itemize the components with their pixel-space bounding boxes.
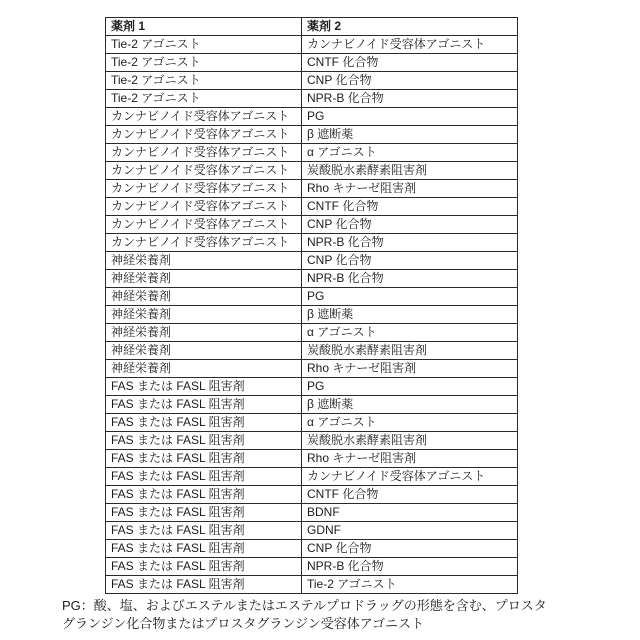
drug1-cell: 神経栄養剤: [106, 270, 302, 288]
table-row: カンナビノイド受容体アゴニスト NPR-B 化合物: [106, 234, 518, 252]
drug2-cell: NPR-B 化合物: [302, 90, 518, 108]
drug2-cell: CNP 化合物: [302, 252, 518, 270]
drug2-cell: Rho キナーゼ阻害剤: [302, 180, 518, 198]
table-row: FAS または FASL 阻害剤 α アゴニスト: [106, 414, 518, 432]
drug1-cell: カンナビノイド受容体アゴニスト: [106, 108, 302, 126]
drug2-cell: NPR-B 化合物: [302, 558, 518, 576]
table-row: 神経栄養剤 α アゴニスト: [106, 324, 518, 342]
table-row: カンナビノイド受容体アゴニスト Rho キナーゼ阻害剤: [106, 180, 518, 198]
drug1-cell: カンナビノイド受容体アゴニスト: [106, 144, 302, 162]
table-row: Tie-2 アゴニスト カンナビノイド受容体アゴニスト: [106, 36, 518, 54]
drug2-cell: CNTF 化合物: [302, 54, 518, 72]
drug1-cell: FAS または FASL 阻害剤: [106, 504, 302, 522]
drug1-cell: 神経栄養剤: [106, 288, 302, 306]
drug2-cell: CNTF 化合物: [302, 486, 518, 504]
table-row: 神経栄養剤 PG: [106, 288, 518, 306]
drug2-cell: カンナビノイド受容体アゴニスト: [302, 36, 518, 54]
drug1-cell: カンナビノイド受容体アゴニスト: [106, 234, 302, 252]
drug2-cell: BDNF: [302, 504, 518, 522]
document-page: 薬剤 1 薬剤 2 Tie-2 アゴニスト カンナビノイド受容体アゴニスト Ti…: [0, 0, 640, 640]
table-row: FAS または FASL 阻害剤 Tie-2 アゴニスト: [106, 576, 518, 594]
drug-combination-table-container: 薬剤 1 薬剤 2 Tie-2 アゴニスト カンナビノイド受容体アゴニスト Ti…: [105, 17, 518, 594]
drug2-cell: CNP 化合物: [302, 216, 518, 234]
drug2-cell: β 遮断薬: [302, 126, 518, 144]
drug2-cell: CNP 化合物: [302, 72, 518, 90]
table-header: 薬剤 1 薬剤 2: [106, 18, 518, 36]
drug2-cell: α アゴニスト: [302, 324, 518, 342]
drug1-cell: 神経栄養剤: [106, 306, 302, 324]
drug2-cell: PG: [302, 288, 518, 306]
drug2-cell: α アゴニスト: [302, 414, 518, 432]
drug1-cell: FAS または FASL 阻害剤: [106, 396, 302, 414]
table-body: Tie-2 アゴニスト カンナビノイド受容体アゴニスト Tie-2 アゴニスト …: [106, 36, 518, 594]
drug1-cell: Tie-2 アゴニスト: [106, 36, 302, 54]
footnote-line-2: グランジン化合物またはプロスタグランジン受容体アゴニスト: [62, 615, 592, 633]
footnote-line-1: PG：酸、塩、およびエステルまたはエステルプロドラッグの形態を含む、プロスタ: [62, 597, 592, 615]
drug2-cell: 炭酸脱水素酵素阻害剤: [302, 432, 518, 450]
table-row: FAS または FASL 阻害剤 CNP 化合物: [106, 540, 518, 558]
table-row: カンナビノイド受容体アゴニスト β 遮断薬: [106, 126, 518, 144]
table-row: FAS または FASL 阻害剤 BDNF: [106, 504, 518, 522]
table-row: FAS または FASL 阻害剤 炭酸脱水素酵素阻害剤: [106, 432, 518, 450]
drug1-cell: FAS または FASL 阻害剤: [106, 414, 302, 432]
drug2-cell: Rho キナーゼ阻害剤: [302, 360, 518, 378]
drug1-cell: FAS または FASL 阻害剤: [106, 450, 302, 468]
table-row: 神経栄養剤 CNP 化合物: [106, 252, 518, 270]
drug2-cell: Tie-2 アゴニスト: [302, 576, 518, 594]
footnote: PG：酸、塩、およびエステルまたはエステルプロドラッグの形態を含む、プロスタ グ…: [62, 597, 592, 633]
drug1-cell: カンナビノイド受容体アゴニスト: [106, 126, 302, 144]
table-row: FAS または FASL 阻害剤 PG: [106, 378, 518, 396]
drug2-cell: NPR-B 化合物: [302, 234, 518, 252]
drug1-cell: FAS または FASL 阻害剤: [106, 540, 302, 558]
drug1-cell: 神経栄養剤: [106, 324, 302, 342]
drug2-cell: CNP 化合物: [302, 540, 518, 558]
drug2-cell: β 遮断薬: [302, 306, 518, 324]
drug2-cell: GDNF: [302, 522, 518, 540]
drug1-cell: Tie-2 アゴニスト: [106, 72, 302, 90]
drug1-cell: Tie-2 アゴニスト: [106, 54, 302, 72]
table-row: カンナビノイド受容体アゴニスト CNP 化合物: [106, 216, 518, 234]
drug2-cell: NPR-B 化合物: [302, 270, 518, 288]
table-row: Tie-2 アゴニスト CNTF 化合物: [106, 54, 518, 72]
table-row: FAS または FASL 阻害剤 β 遮断薬: [106, 396, 518, 414]
drug1-cell: FAS または FASL 阻害剤: [106, 558, 302, 576]
drug2-cell: α アゴニスト: [302, 144, 518, 162]
table-row: FAS または FASL 阻害剤 Rho キナーゼ阻害剤: [106, 450, 518, 468]
table-row: FAS または FASL 阻害剤 GDNF: [106, 522, 518, 540]
table-row: 神経栄養剤 NPR-B 化合物: [106, 270, 518, 288]
table-row: 神経栄養剤 炭酸脱水素酵素阻害剤: [106, 342, 518, 360]
drug1-cell: 神経栄養剤: [106, 252, 302, 270]
table-row: カンナビノイド受容体アゴニスト CNTF 化合物: [106, 198, 518, 216]
drug1-cell: カンナビノイド受容体アゴニスト: [106, 180, 302, 198]
drug2-cell: カンナビノイド受容体アゴニスト: [302, 468, 518, 486]
drug2-cell: PG: [302, 108, 518, 126]
table-row: FAS または FASL 阻害剤 カンナビノイド受容体アゴニスト: [106, 468, 518, 486]
drug1-cell: FAS または FASL 阻害剤: [106, 468, 302, 486]
table-row: カンナビノイド受容体アゴニスト 炭酸脱水素酵素阻害剤: [106, 162, 518, 180]
drug1-cell: 神経栄養剤: [106, 342, 302, 360]
table-row: Tie-2 アゴニスト NPR-B 化合物: [106, 90, 518, 108]
drug1-cell: カンナビノイド受容体アゴニスト: [106, 198, 302, 216]
drug1-cell: FAS または FASL 阻害剤: [106, 432, 302, 450]
drug1-cell: カンナビノイド受容体アゴニスト: [106, 162, 302, 180]
drug2-cell: PG: [302, 378, 518, 396]
drug1-cell: FAS または FASL 阻害剤: [106, 576, 302, 594]
drug2-cell: 炭酸脱水素酵素阻害剤: [302, 342, 518, 360]
drug-combination-table: 薬剤 1 薬剤 2 Tie-2 アゴニスト カンナビノイド受容体アゴニスト Ti…: [105, 17, 518, 594]
drug1-cell: カンナビノイド受容体アゴニスト: [106, 216, 302, 234]
table-row: 神経栄養剤 Rho キナーゼ阻害剤: [106, 360, 518, 378]
table-row: 神経栄養剤 β 遮断薬: [106, 306, 518, 324]
drug1-cell: FAS または FASL 阻害剤: [106, 522, 302, 540]
table-row: Tie-2 アゴニスト CNP 化合物: [106, 72, 518, 90]
drug1-cell: FAS または FASL 阻害剤: [106, 378, 302, 396]
table-row: カンナビノイド受容体アゴニスト PG: [106, 108, 518, 126]
drug1-cell: FAS または FASL 阻害剤: [106, 486, 302, 504]
header-drug2: 薬剤 2: [302, 18, 518, 36]
drug1-cell: Tie-2 アゴニスト: [106, 90, 302, 108]
table-row: カンナビノイド受容体アゴニスト α アゴニスト: [106, 144, 518, 162]
table-row: FAS または FASL 阻害剤 CNTF 化合物: [106, 486, 518, 504]
header-row: 薬剤 1 薬剤 2: [106, 18, 518, 36]
drug2-cell: Rho キナーゼ阻害剤: [302, 450, 518, 468]
drug2-cell: 炭酸脱水素酵素阻害剤: [302, 162, 518, 180]
drug2-cell: CNTF 化合物: [302, 198, 518, 216]
table-row: FAS または FASL 阻害剤 NPR-B 化合物: [106, 558, 518, 576]
drug1-cell: 神経栄養剤: [106, 360, 302, 378]
drug2-cell: β 遮断薬: [302, 396, 518, 414]
header-drug1: 薬剤 1: [106, 18, 302, 36]
